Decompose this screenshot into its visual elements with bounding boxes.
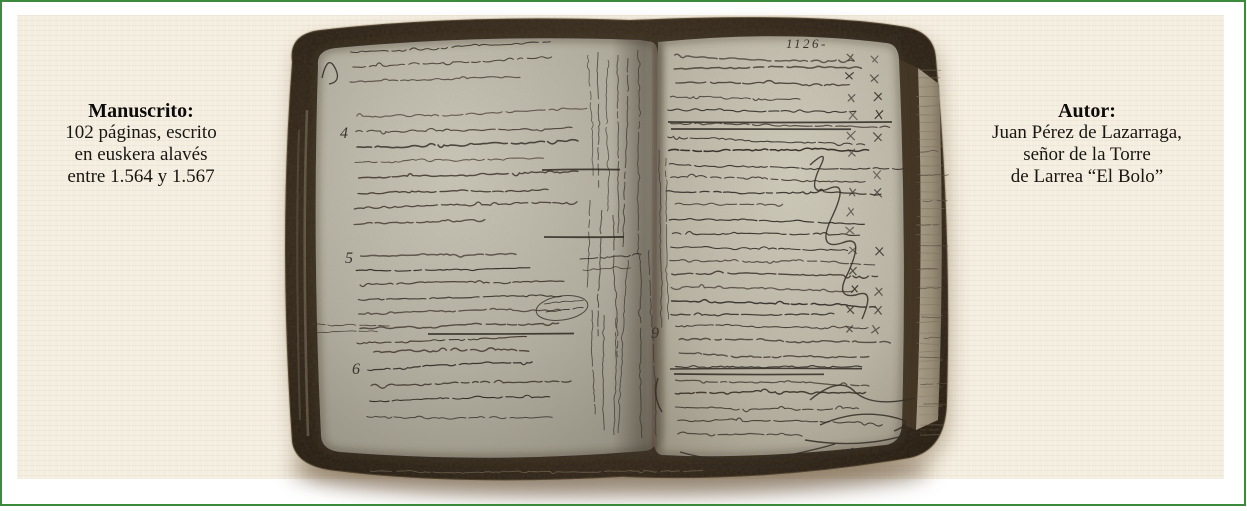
page-corner-number: 10 xyxy=(888,34,898,44)
author-caption-line: Juan Pérez de Lazarraga, xyxy=(961,122,1213,144)
left-margin-number: 4 xyxy=(340,125,348,142)
author-caption-title: Autor: xyxy=(961,100,1213,122)
manuscript-caption: Manuscrito: 102 páginas, escrito en eusk… xyxy=(30,100,252,188)
manuscript-caption-line: entre 1.564 y 1.567 xyxy=(30,166,252,188)
book-photo-layers xyxy=(285,17,951,496)
author-caption-line: de Larrea “El Bolo” xyxy=(961,166,1213,188)
left-margin-number: 5 xyxy=(345,250,353,267)
author-caption: Autor: Juan Pérez de Lazarraga, señor de… xyxy=(961,100,1213,188)
manuscript-caption-line: en euskera alavés xyxy=(30,144,252,166)
manuscript-photo: 4 5 6 9 1126- 10 xyxy=(250,0,990,505)
manuscript-caption-line: 102 páginas, escrito xyxy=(30,122,252,144)
manuscript-caption-title: Manuscrito: xyxy=(30,100,252,122)
author-caption-line: señor de la Torre xyxy=(961,144,1213,166)
folio-number: 1126- xyxy=(786,36,828,51)
left-margin-number: 6 xyxy=(352,361,360,378)
right-margin-number: 9 xyxy=(651,325,659,342)
